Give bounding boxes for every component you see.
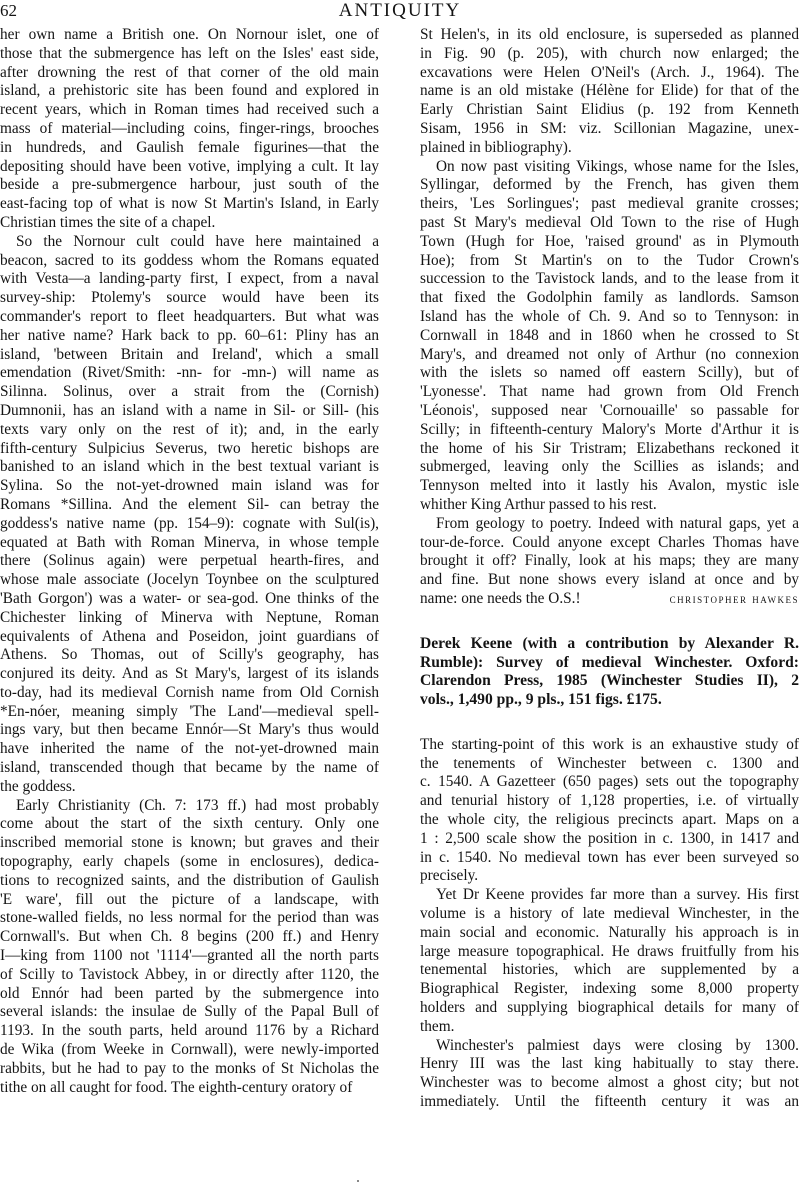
text-line: recent years, which in Roman times had r… bbox=[0, 101, 379, 120]
text-line: island, transcended though that became b… bbox=[0, 759, 379, 778]
text-line: Sylina. So the not-yet-drowned main isla… bbox=[0, 477, 379, 496]
left-column: her own name a British one. On Nornour i… bbox=[0, 26, 379, 1097]
text-line: and tenurial history of 1,128 properties… bbox=[420, 792, 799, 811]
text-line: c. 1540. A Gazetteer (650 pages) sets ou… bbox=[420, 773, 799, 792]
text-line: main social and economic. Naturally his … bbox=[420, 924, 799, 943]
text-line: rabbits, but he had to pay to the monks … bbox=[0, 1060, 379, 1079]
text-line: the home of his Sir Tristram; Elizabetha… bbox=[420, 440, 799, 459]
text-line: Early Christianity (Ch. 7: 173 ff.) had … bbox=[0, 797, 379, 816]
text-line: 'E ware', fill out the picture of a land… bbox=[0, 891, 379, 910]
text-line: those that the submergence has left on t… bbox=[0, 45, 379, 64]
text-line: Tennyson melted into it lastly his Avalo… bbox=[420, 477, 799, 496]
text-line: 1193. In the south parts, held around 11… bbox=[0, 1022, 379, 1041]
text-line: island, a prehistoric site has been foun… bbox=[0, 82, 379, 101]
text-line: to-day, had its medieval Cornish name fr… bbox=[0, 684, 379, 703]
text-line: The starting-point of this work is an ex… bbox=[420, 736, 799, 755]
right-column: St Helen's, in its old enclosure, is sup… bbox=[420, 26, 799, 1112]
text-line: in c. 1540. No medieval town has ever be… bbox=[420, 849, 799, 868]
text-line: the whole city, the religious precincts … bbox=[420, 811, 799, 830]
text-line: holders and supplying biographical detai… bbox=[420, 999, 799, 1018]
text-line: 'Léonois', supposed near 'Cornouaille' s… bbox=[420, 402, 799, 421]
text-line: tions to recognized saints, and the dist… bbox=[0, 872, 379, 891]
text-line: goddess's native name (pp. 154–9): cogna… bbox=[0, 515, 379, 534]
text-line: beside a pre-submergence harbour, just s… bbox=[0, 176, 379, 195]
text-line: Rumble): Survey of medieval Winchester. … bbox=[420, 654, 799, 673]
text-line: Derek Keene (with a contribution by Alex… bbox=[420, 635, 799, 654]
reviewer-signature: christopher hawkes bbox=[670, 590, 799, 609]
text-line: her own name a British one. On Nornour i… bbox=[0, 26, 379, 45]
text-line: 1 : 2,500 scale show the position in c. … bbox=[420, 830, 799, 849]
page-header: 62 ANTIQUITY bbox=[0, 0, 800, 22]
text-line: precisely. bbox=[420, 867, 799, 886]
review-hawkes-continuation: St Helen's, in its old enclosure, is sup… bbox=[420, 26, 799, 609]
text-line: Henry III was the last king habitually t… bbox=[420, 1055, 799, 1074]
text-line: Winchester was to become almost a ghost … bbox=[420, 1074, 799, 1093]
text-line: 'Bath Gorgon') was a water- or sea-god. … bbox=[0, 590, 379, 609]
text-line: with the islets so named off eastern Sci… bbox=[420, 364, 799, 383]
text-line: tenemental histories, which are suppleme… bbox=[420, 961, 799, 980]
text-line: vols., 1,490 pp., 9 pls., 151 figs. £175… bbox=[420, 691, 799, 710]
text-line: whither King Arthur passed to his rest. bbox=[420, 496, 799, 515]
text-line: Biographical Register, indexing some 8,0… bbox=[420, 980, 799, 999]
text-line: Town (Hugh for Hoe, 'raised ground' as i… bbox=[420, 233, 799, 252]
text-line: immediately. Until the fifteenth century… bbox=[420, 1093, 799, 1112]
text-line: past St Mary's medieval Old Town to the … bbox=[420, 214, 799, 233]
text-line: mass of material—including coins, finger… bbox=[0, 120, 379, 139]
text-line: Christian times the site of a chapel. bbox=[0, 214, 379, 233]
text-line: banished to an island which in the best … bbox=[0, 458, 379, 477]
text-line: plained in bibliography). bbox=[420, 139, 799, 158]
text-line: that fixed the Godolphin family as landl… bbox=[420, 289, 799, 308]
text-line: fifth-century Sulpicius Severus, two her… bbox=[0, 440, 379, 459]
text-line: Syllingar, deformed by the French, has g… bbox=[420, 176, 799, 195]
text-line: From geology to poetry. Indeed with natu… bbox=[420, 515, 799, 534]
text-line: Winchester's palmiest days were closing … bbox=[420, 1037, 799, 1056]
text-line: *En-nóer, meaning simply 'The Land'—medi… bbox=[0, 703, 379, 722]
running-head: ANTIQUITY bbox=[0, 0, 800, 22]
text-line: excavations were Helen O'Neil's (Arch. J… bbox=[420, 64, 799, 83]
text-line: Mary's, and dreamed not only of Arthur (… bbox=[420, 346, 799, 365]
text-line: large measure topographical. He draws fr… bbox=[420, 943, 799, 962]
text-line: whose male associate (Jocelyn Toynbee on… bbox=[0, 571, 379, 590]
text-line: east-facing top of what is now St Martin… bbox=[0, 195, 379, 214]
text-line: I—king from 1100 not '1114'—granted all … bbox=[0, 947, 379, 966]
scan-speck bbox=[357, 1180, 359, 1182]
text-line: Silinna. Solinus, over a strait from the… bbox=[0, 383, 379, 402]
text-line: survey-ship: Ptolemy's source would have… bbox=[0, 289, 379, 308]
text-line: come about the start of the sixth centur… bbox=[0, 815, 379, 834]
text-line: So the Nornour cult could have here main… bbox=[0, 233, 379, 252]
text-line: equated at Bath with Roman Minerva, in w… bbox=[0, 534, 379, 553]
text-line: succession to the Tavistock lands, and t… bbox=[420, 270, 799, 289]
text-line: Hoe); from St Martin's on to the Tudor C… bbox=[420, 252, 799, 271]
text-line: submerged, leaving only the Scillies as … bbox=[420, 458, 799, 477]
text-line: there (Solinus again) were perpetual hea… bbox=[0, 552, 379, 571]
text-line: emendation (Rivet/Smith: -nn- for -mn-) … bbox=[0, 364, 379, 383]
text-line: her native name? Hark back to pp. 60–61:… bbox=[0, 327, 379, 346]
text-line: of Scilly to Tavistock Abbey, in or dire… bbox=[0, 966, 379, 985]
text-line: topography, early chapels (some in enclo… bbox=[0, 853, 379, 872]
text-line: the tenements of Winchester between c. 1… bbox=[420, 755, 799, 774]
text-line: after drowning the rest of that corner o… bbox=[0, 64, 379, 83]
text-line: Early Christian Saint Elidius (p. 192 fr… bbox=[420, 101, 799, 120]
text-line: several islands: the insulae de Sully of… bbox=[0, 1003, 379, 1022]
text-line: tithe on all caught for food. The eighth… bbox=[0, 1079, 379, 1098]
text-line: in Fig. 90 (p. 205), with church now enl… bbox=[420, 45, 799, 64]
text-line: Cornwall in 1848 and in 1860 when he cro… bbox=[420, 327, 799, 346]
text-line: brought it off? Finally, look at his map… bbox=[420, 552, 799, 571]
text-line: have inherited the name of the not-yet-d… bbox=[0, 740, 379, 759]
text-line: St Helen's, in its old enclosure, is sup… bbox=[420, 26, 799, 45]
text-line: in hundreds, and Gaulish female figurine… bbox=[0, 139, 379, 158]
text-line: de Wika (from Weeke in Cornwall), were n… bbox=[0, 1041, 379, 1060]
text-line: conjured its deity. And as St Mary's, la… bbox=[0, 665, 379, 684]
text-line: Sisam, 1956 in SM: viz. Scillonian Magaz… bbox=[420, 120, 799, 139]
text-line: ings vary, but then became Ennór—St Mary… bbox=[0, 721, 379, 740]
review-keene-heading: Derek Keene (with a contribution by Alex… bbox=[420, 635, 799, 710]
text-line: name is an old mistake (Hélène for Elide… bbox=[420, 82, 799, 101]
text-line: with Vesta—a landing-party first, I expe… bbox=[0, 270, 379, 289]
text-line: inscribed memorial stone is known; but g… bbox=[0, 834, 379, 853]
text-line: the goddess. bbox=[0, 778, 379, 797]
text-line: name: one needs the O.S.!christopher haw… bbox=[420, 590, 799, 609]
text-line: commander's report to fleet headquarters… bbox=[0, 308, 379, 327]
text-line: depositing should have been votive, impl… bbox=[0, 158, 379, 177]
text-line: volume is a history of late medieval Win… bbox=[420, 905, 799, 924]
text-line: 'Lyonesse'. That name had grown from Old… bbox=[420, 383, 799, 402]
text-line: texts vary only on the rest of it); and,… bbox=[0, 421, 379, 440]
text-line: old Ennór had been parted by the submerg… bbox=[0, 985, 379, 1004]
text-line: On now past visiting Vikings, whose name… bbox=[420, 158, 799, 177]
text-line: Dumnonii, has an island with a name in S… bbox=[0, 402, 379, 421]
text-line: tour-de-force. Could anyone except Charl… bbox=[420, 534, 799, 553]
text-line: Cornwall's. But when Ch. 8 begins (200 f… bbox=[0, 928, 379, 947]
text-line: Clarendon Press, 1985 (Winchester Studie… bbox=[420, 672, 799, 691]
text-line: theirs, 'Les Sorlingues'; past medieval … bbox=[420, 195, 799, 214]
text-line: Chichester linking of Minerva with Neptu… bbox=[0, 609, 379, 628]
text-line: Romans *Sillina. And the element Sil- ca… bbox=[0, 496, 379, 515]
text-line: beacon, sacred to its goddess whom the R… bbox=[0, 252, 379, 271]
text-line: Scilly; in fifteenth-century Malory's Mo… bbox=[420, 421, 799, 440]
text-line: Island has the whole of Ch. 9. And so to… bbox=[420, 308, 799, 327]
text-line: them. bbox=[420, 1018, 799, 1037]
review-keene-body: The starting-point of this work is an ex… bbox=[420, 736, 799, 1112]
text-line: Yet Dr Keene provides far more than a su… bbox=[420, 886, 799, 905]
text-line: Athens. So Thomas, out of Scilly's geogr… bbox=[0, 646, 379, 665]
text-line: equivalents of Athena and Poseidon, join… bbox=[0, 628, 379, 647]
text-line: island, 'between Britain and Ireland', w… bbox=[0, 346, 379, 365]
text-line: and fine. But none shows every island at… bbox=[420, 571, 799, 590]
text-line: stone-walled fields, no less normal for … bbox=[0, 909, 379, 928]
